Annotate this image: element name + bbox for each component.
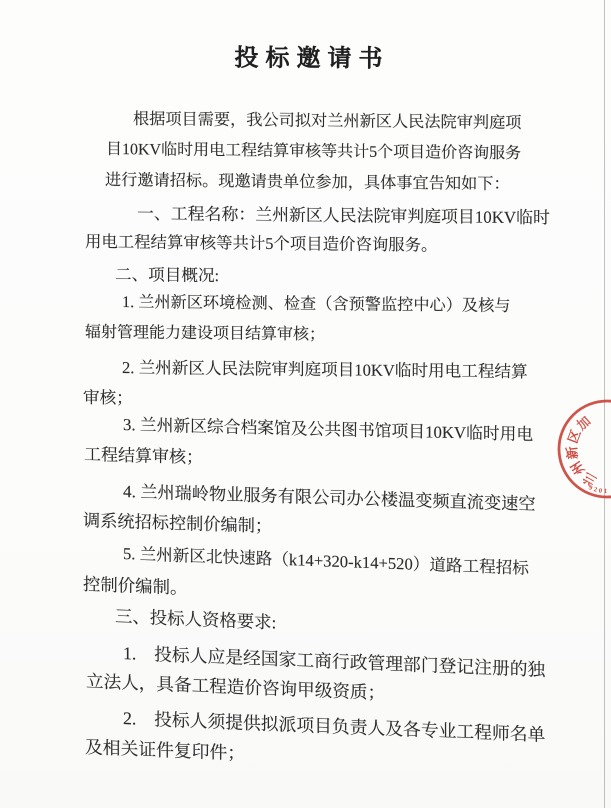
body-line: 1. 兰州新区环境检测、检查（含预警监控中心）及核与 xyxy=(122,292,511,318)
body-line: 三、投标人资格要求: xyxy=(115,605,276,635)
body-line: 一、工程名称：兰州新区人民法院审判庭项目10KV临时 xyxy=(137,203,550,230)
document-title: 投标邀请书 xyxy=(106,37,518,74)
seal-arc-char: 新 xyxy=(564,445,580,460)
body-line: 辐射管理能力建设项目结算审核； xyxy=(85,322,325,346)
scanned-document-page: 投标邀请书 根据项目需要，我公司拟对兰州新区人民法院审判庭项 目10KV临时用电… xyxy=(0,0,611,808)
seal-arc-char: 州 xyxy=(568,459,588,478)
body-line: 控制价编制。 xyxy=(83,573,187,600)
body-line: 调系统招标控制价编制； xyxy=(83,509,272,538)
seal-serial-digit: 1 xyxy=(604,488,607,495)
body-line: 根据项目需要，我公司拟对兰州新区人民法院审判庭项 xyxy=(133,109,522,135)
body-line: 3. 兰州新区综合档案馆及公共图书馆项目10KV临时用电 xyxy=(123,414,533,447)
body-line: 工程结算审核； xyxy=(84,444,203,470)
body-line: 用电工程结算审核等共计5个项目造价咨询服务。 xyxy=(85,231,437,257)
seal-serial-digit: 2 xyxy=(593,486,598,494)
body-line: 目10KV临时用电工程结算审核等共计5个项目造价咨询服务 xyxy=(106,139,521,165)
body-line: 审核； xyxy=(83,387,133,410)
body-line: 5. 兰州新区北快速路（k14+320-k14+520）道路工程招标 xyxy=(123,543,529,580)
seal-arc-char: 加 xyxy=(574,413,594,433)
body-line: 进行邀请招标。现邀请贵单位参加，具体事宜告知如下： xyxy=(105,170,510,196)
body-line: 4. 兰州瑞岭物业服务有限公司办公楼温变频直流变速空 xyxy=(123,480,536,516)
body-line: 二、项目概况: xyxy=(115,264,219,287)
official-red-seal: 兰 州 新 区 加 9 2 0 1 xyxy=(551,393,611,507)
body-line: 立法人，具备工程造价咨询甲级资质； xyxy=(86,670,385,706)
seal-serial-digit: 0 xyxy=(598,487,602,494)
body-line: 及相关证件复印件； xyxy=(85,735,245,765)
body-line: 2. 兰州新区人民法院审判庭项目10KV临时用电工程结算 xyxy=(122,357,528,384)
